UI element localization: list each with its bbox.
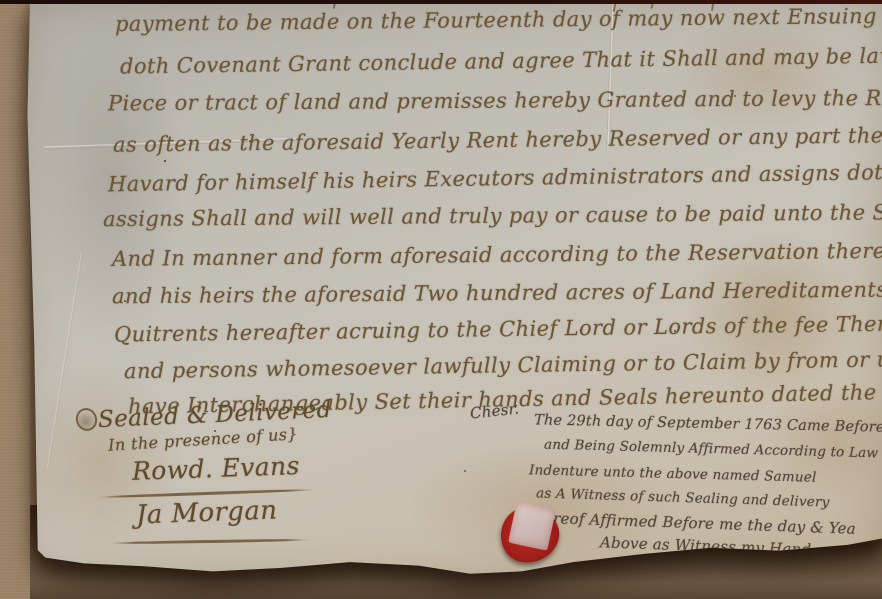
manuscript-line: And In manner and form aforesaid accordi… [112,237,882,271]
manuscript-line: and persons whomesoever lawfully Claimin… [124,345,882,384]
manuscript-line: payment to be made on the Fourteenth day… [115,4,877,36]
parchment-document: payment to be made on the Fourteenth day… [24,0,882,576]
parchment-shadow: payment to be made on the Fourteenth day… [0,0,882,599]
notary-line: and Being Solemnly Affirmed According to… [544,437,879,462]
manuscript-line: as often as the aforesaid Yearly Rent he… [113,121,882,157]
manuscript-line: Piece or tract of land and premisses her… [108,85,882,116]
manuscript-line: doth Covenant Grant conclude and agree T… [120,42,882,79]
signature-flourish [110,538,310,544]
framed-manuscript-photo: payment to be made on the Fourteenth day… [0,0,882,599]
ink-specks [164,160,166,162]
notary-county: Chesr. [469,399,520,422]
notary-line: The 29th day of September 1763 Came Befo… [534,412,882,435]
fold-crease-diagonal [47,251,83,469]
witness-signature: Ja Morgan [136,496,278,531]
frame-edge-top [0,0,882,4]
ink-flourish [73,405,100,433]
manuscript-line: assigns Shall and will well and truly pa… [103,199,882,231]
notary-line: Thereof Affirmed Before me the day & Yea [524,508,856,538]
notary-line: Indenture unto the above named Samuel [529,462,817,486]
seal-paper-wafer [508,501,556,550]
manuscript-line: Havard for himself his heirs Executors a… [108,158,882,197]
witness-signature: Rowd. Evans [132,451,301,486]
red-wax-seal-icon [501,503,563,567]
manuscript-line: and his heirs the aforesaid Two hundred … [112,276,882,309]
manuscript-line: Quitrents hereafter acruing to the Chief… [114,309,882,346]
notary-line: Above as Witness my Hand [600,533,812,558]
notary-line: as A Witness of such Sealing and deliver… [536,485,830,510]
